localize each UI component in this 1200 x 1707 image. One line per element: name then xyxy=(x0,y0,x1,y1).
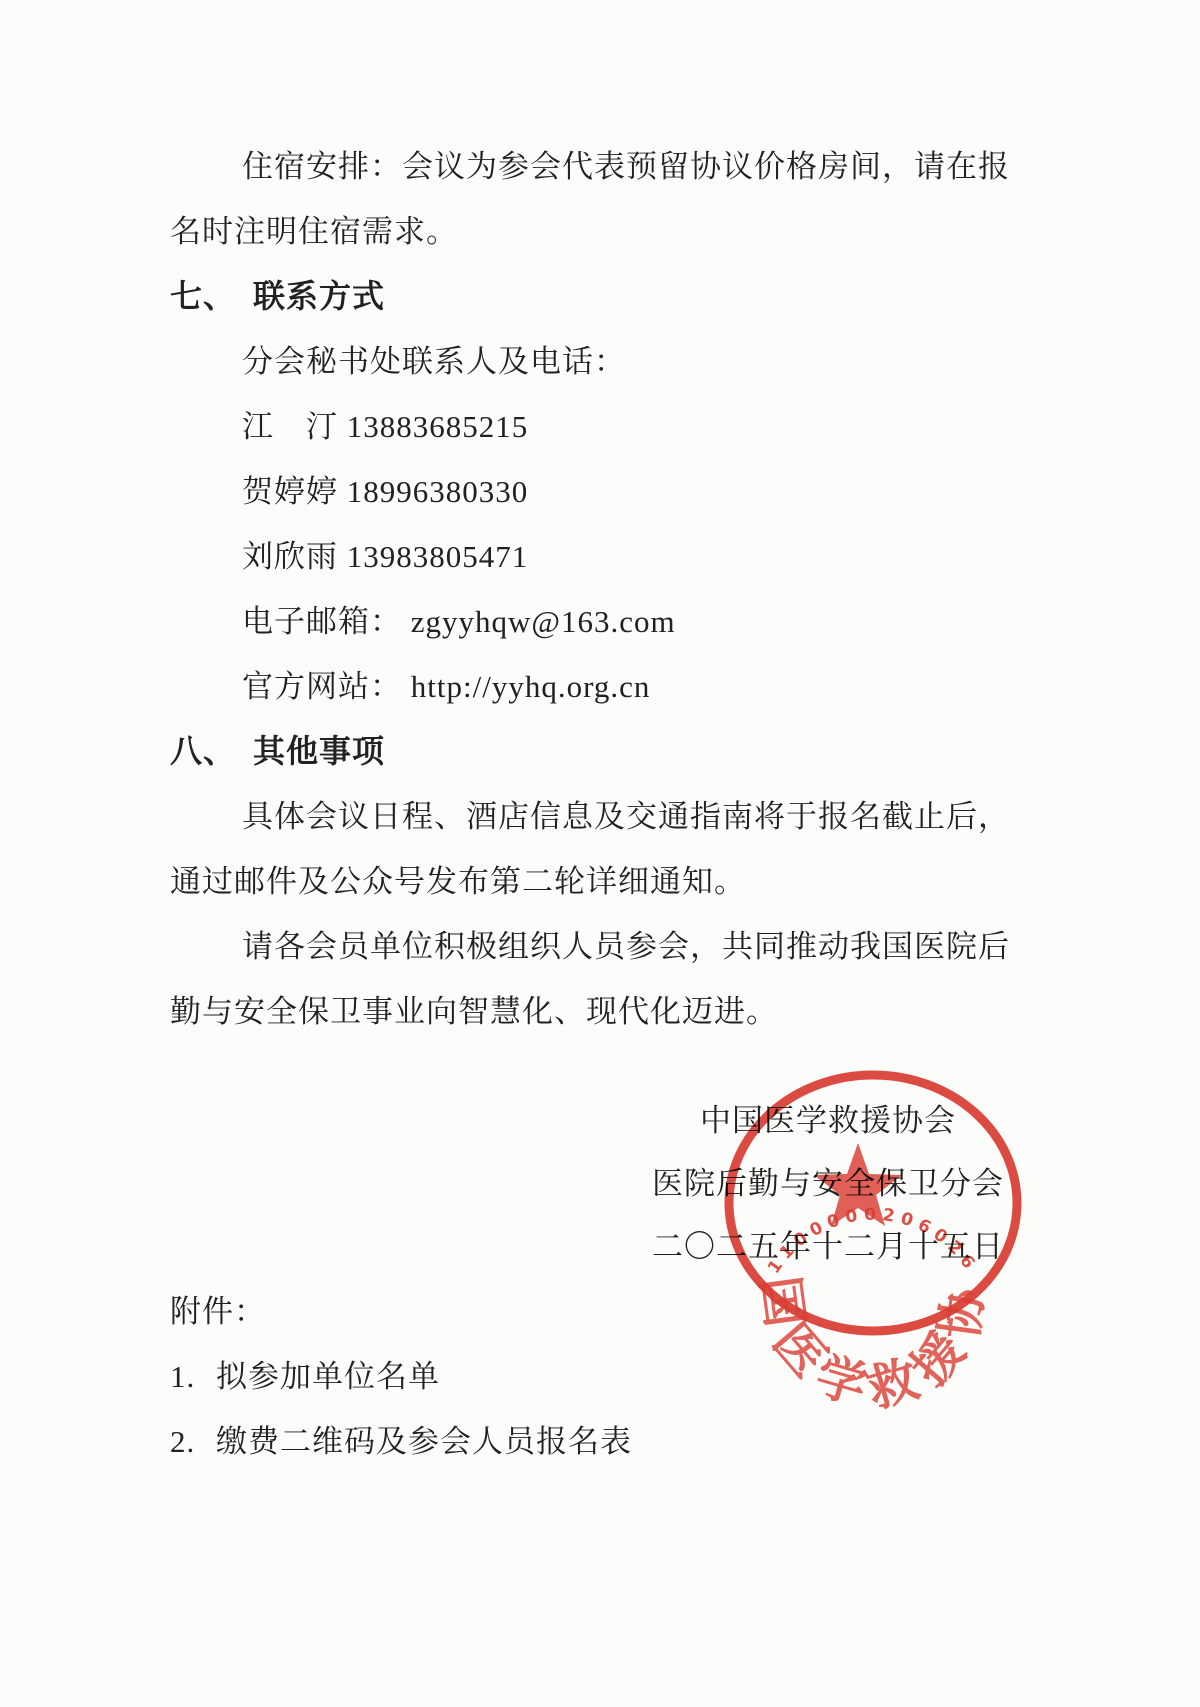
attachments-section: 附件： 1.拟参加单位名单 2.缴费二维码及参会人员报名表 xyxy=(0,1279,1200,1474)
attachment-item: 1.拟参加单位名单 xyxy=(0,1344,1200,1409)
signature-date: 二〇二五年十二月十五日 xyxy=(456,1215,1200,1278)
contact-line: 江 汀 13883685215 xyxy=(0,394,1200,459)
text-line: 名时注明住宿需求。 xyxy=(0,199,1200,264)
attachment-number: 1. xyxy=(170,1344,216,1409)
email-line: 电子邮箱： zgyyhqw@163.com xyxy=(0,589,1200,654)
signature-branch-name: 医院后勤与安全保卫分会 xyxy=(456,1152,1200,1215)
text-line: 勤与安全保卫事业向智慧化、现代化迈进。 xyxy=(0,979,1200,1044)
section-heading-other: 八、 其他事项 xyxy=(0,719,1200,784)
text-line: 通过邮件及公众号发布第二轮详细通知。 xyxy=(0,849,1200,914)
text-line: 请各会员单位积极组织人员参会，共同推动我国医院后 xyxy=(0,914,1200,979)
section-heading-contact: 七、 联系方式 xyxy=(0,264,1200,329)
attachment-number: 2. xyxy=(170,1409,216,1474)
document-body: 住宿安排：会议为参会代表预留协议价格房间，请在报 名时注明住宿需求。 七、 联系… xyxy=(0,0,1200,1044)
website-line: 官方网站： http://yyhq.org.cn xyxy=(0,654,1200,719)
attachments-label: 附件： xyxy=(0,1279,1200,1344)
attachment-title: 拟参加单位名单 xyxy=(216,1359,440,1394)
attachment-item: 2.缴费二维码及参会人员报名表 xyxy=(0,1409,1200,1474)
text-line: 住宿安排：会议为参会代表预留协议价格房间，请在报 xyxy=(0,134,1200,199)
contact-line: 刘欣雨 13983805471 xyxy=(0,524,1200,589)
signature-org-name: 中国医学救援协会 xyxy=(456,1089,1200,1152)
signature-block: 中国医学救援协会 医院后勤与安全保卫分会 二〇二五年十二月十五日 xyxy=(456,1089,1200,1278)
text-line: 分会秘书处联系人及电话： xyxy=(0,329,1200,394)
attachment-title: 缴费二维码及参会人员报名表 xyxy=(216,1424,632,1459)
contact-line: 贺婷婷 18996380330 xyxy=(0,459,1200,524)
text-line: 具体会议日程、酒店信息及交通指南将于报名截止后， xyxy=(0,784,1200,849)
document-page: 住宿安排：会议为参会代表预留协议价格房间，请在报 名时注明住宿需求。 七、 联系… xyxy=(0,0,1200,1707)
